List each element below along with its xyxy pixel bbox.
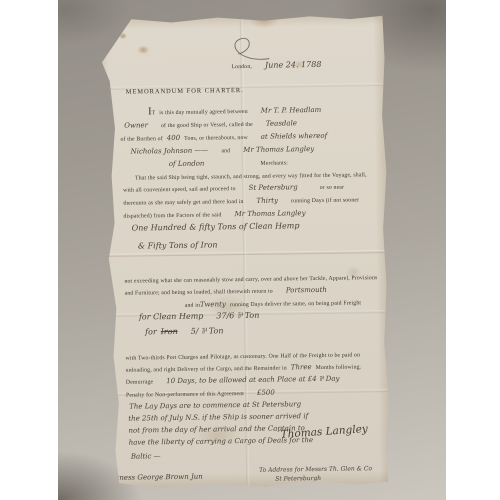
document-heading: MEMORANDUM FOR CHARTER. [126,79,244,99]
charter-paper: London, June 24. 1788 MEMORANDUM FOR CHA… [97,11,392,489]
laydays-line: Baltic — [131,445,161,463]
document-photograph: London, June 24. 1788 MEMORANDUM FOR CHA… [58,0,446,500]
dateline-date: June 24. 1788 [265,60,322,70]
cargo-line: & Fifty Tons of Iron [138,234,218,253]
witness-line: Witness George Brown Jun [107,466,203,485]
cargo-line: One Hundred & fifty Tons of Clean Hemp [132,215,300,235]
dateline: London, June 24. 1788 [231,54,321,73]
freight-line: for Iron 5/ ⅌ Ton [145,320,224,339]
dateline-place: London, [231,64,252,70]
address-line: St Petersburgh [275,467,321,486]
